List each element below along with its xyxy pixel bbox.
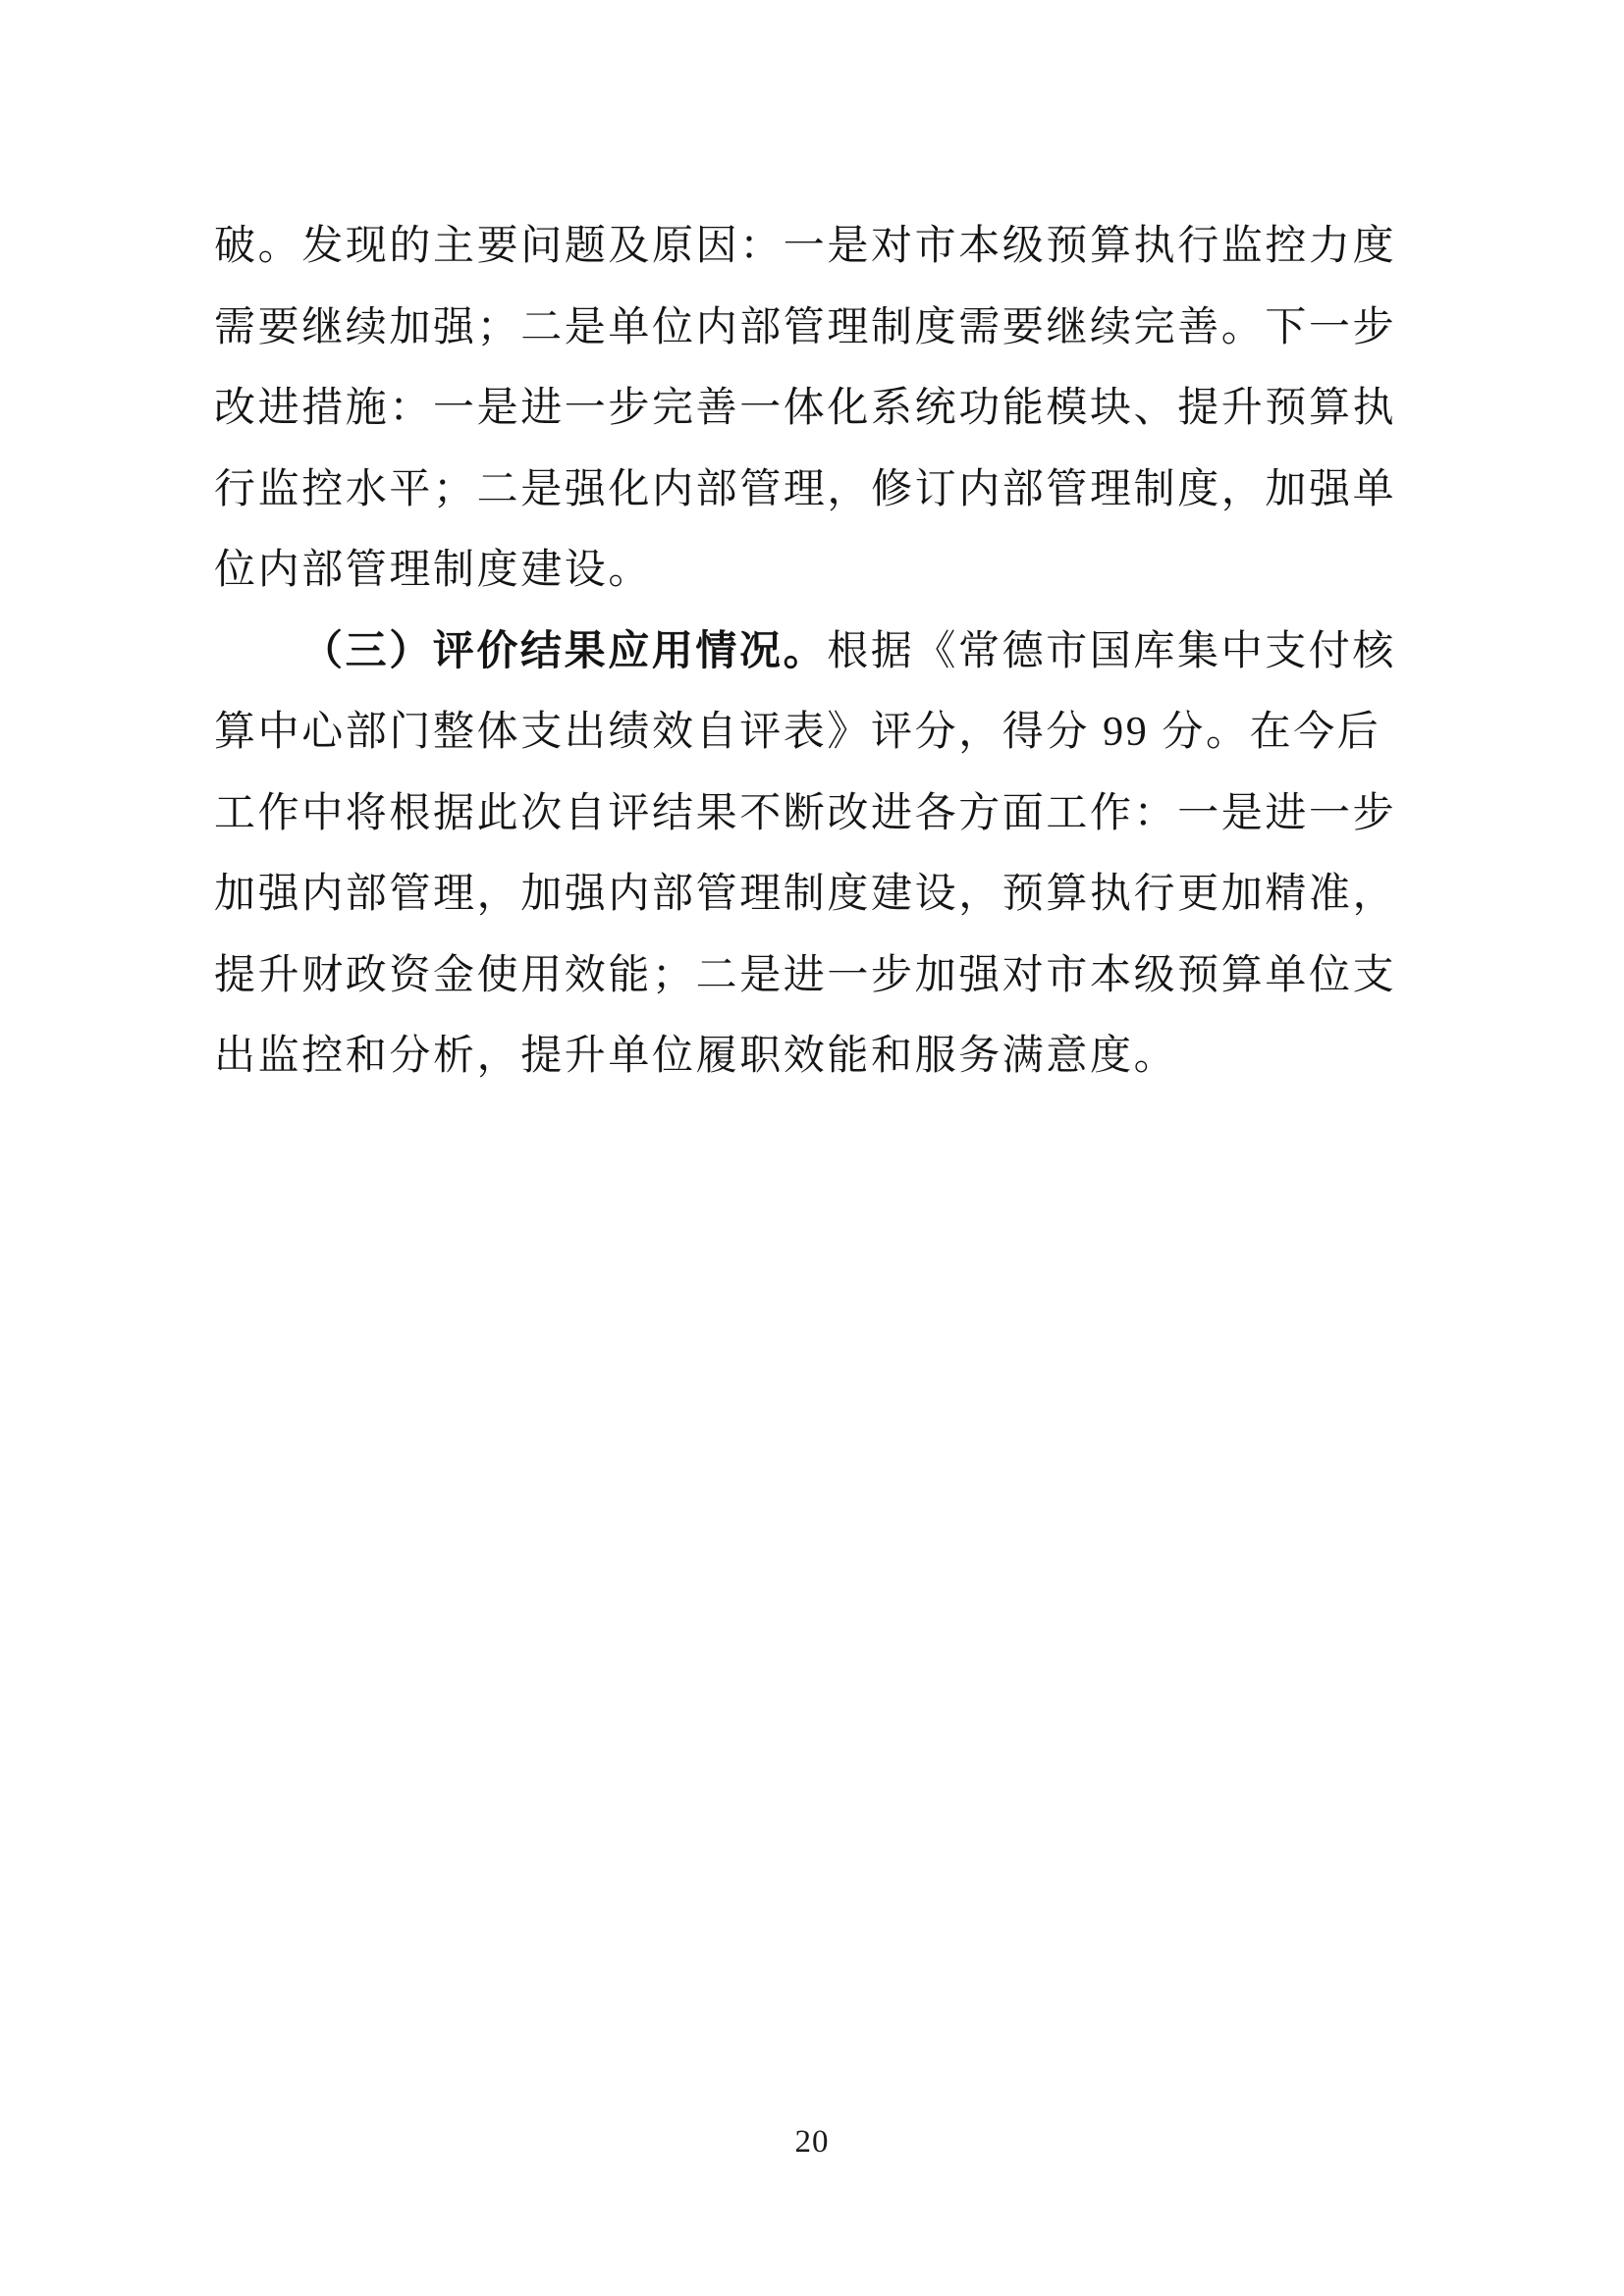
text-line: 出监控和分析，提升单位履职效能和服务满意度。 <box>214 1016 1432 1097</box>
text-line: 提升财政资金使用效能；二是进一步加强对市本级预算单位支 <box>214 935 1432 1017</box>
text-line: 加强内部管理，加强内部管理制度建设，预算执行更加精准， <box>214 854 1432 935</box>
text-run: 根据《常德市国库集中支付核 <box>827 629 1396 674</box>
text-line-section-start: （三）评价结果应用情况。根据《常德市国库集中支付核 <box>214 612 1432 693</box>
body-text: 破。发现的主要问题及原因：一是对市本级预算执行监控力度 需要继续加强；二是单位内… <box>214 206 1432 1097</box>
page-number: 20 <box>0 2124 1624 2161</box>
text-line: 破。发现的主要问题及原因：一是对市本级预算执行监控力度 <box>214 206 1432 288</box>
text-line: 算中心部门整体支出绩效自评表》评分，得分 99 分。在今后 <box>214 692 1432 774</box>
text-line: 行监控水平；二是强化内部管理，修订内部管理制度，加强单 <box>214 450 1432 531</box>
text-line: 需要继续加强；二是单位内部管理制度需要继续完善。下一步 <box>214 288 1432 369</box>
text-line: 位内部管理制度建设。 <box>214 530 1432 612</box>
document-page: 破。发现的主要问题及原因：一是对市本级预算执行监控力度 需要继续加强；二是单位内… <box>0 0 1624 2296</box>
text-line: 改进措施：一是进一步完善一体化系统功能模块、提升预算执 <box>214 368 1432 450</box>
section-heading: （三）评价结果应用情况。 <box>301 629 827 674</box>
text-line: 工作中将根据此次自评结果不断改进各方面工作：一是进一步 <box>214 774 1432 855</box>
